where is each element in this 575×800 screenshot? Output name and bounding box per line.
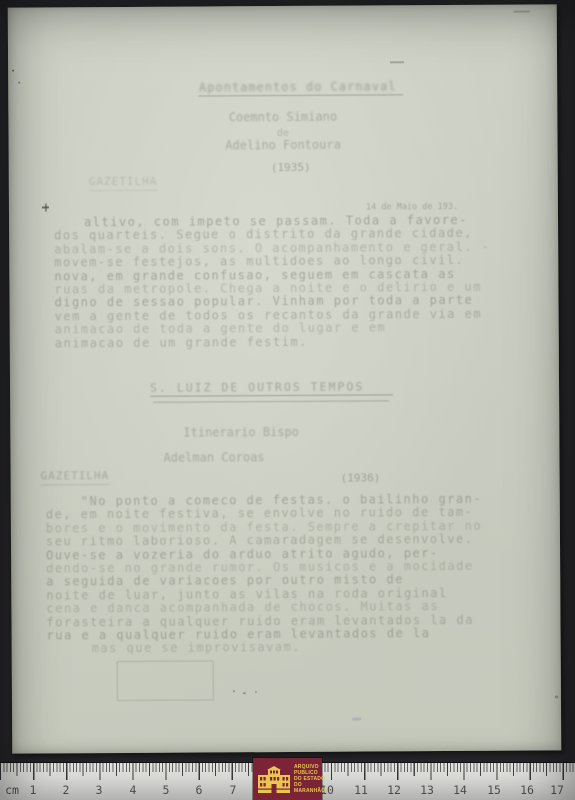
document-paper: Apontamentos do Carnaval Coemnto Simiano… <box>8 4 562 753</box>
typed-line: animacao de um grande festim. <box>55 334 491 350</box>
paper-speck <box>255 691 257 693</box>
ruler-number: 7 <box>223 783 243 797</box>
paper-speck <box>45 203 47 211</box>
section1-piece: Coemnto Simiano <box>8 108 557 125</box>
archive-logo-text: Arquivo Publico do Estado do Maranhão <box>294 764 325 794</box>
typed-line: ruas da metropole. Chega a noite e o del… <box>54 281 490 297</box>
section2-year: (1936) <box>341 471 381 484</box>
logo-text-line: do Maranhão <box>294 782 325 794</box>
section2-heading: GAZETILHA <box>41 469 110 485</box>
section1-heading: GAZETILHA <box>89 175 158 191</box>
section1-year: (1935) <box>9 159 558 175</box>
ruler-number: 6 <box>189 783 209 797</box>
ruler-number: 11 <box>351 783 371 797</box>
ruler-number: 12 <box>384 783 404 797</box>
section2-title-underline-2 <box>153 400 389 402</box>
typed-line: movem-se festejos, as multidoes ao longo… <box>54 254 490 270</box>
scanned-page: Apontamentos do Carnaval Coemnto Simiano… <box>0 0 575 800</box>
section2-piece: Itinerario Bispo <box>183 425 299 440</box>
section2-title-underline-1 <box>150 394 393 396</box>
ruler-number: 1 <box>23 783 43 797</box>
ruler-number: 16 <box>517 783 537 797</box>
paper-speck <box>243 692 246 694</box>
ruler-number: 15 <box>484 783 504 797</box>
section2-paragraph: "No ponto a comeco de festas. o bailinho… <box>46 493 483 656</box>
ruler-number: 17 <box>547 783 567 797</box>
section1-title-underline <box>198 94 403 96</box>
archive-logo: Arquivo Publico do Estado do Maranhão <box>253 758 322 800</box>
ruler-number: 2 <box>56 783 76 797</box>
section1-author: Adelino Fontoura <box>9 136 558 153</box>
paper-speck <box>18 82 20 84</box>
typed-line: dendo-se no grande rumor. Os musicos e a… <box>46 560 482 576</box>
ruler-unit-label: cm <box>2 783 22 797</box>
paper-speck <box>390 61 404 63</box>
archive-building-icon <box>258 766 290 793</box>
paper-speck <box>12 70 14 72</box>
paper-speck <box>514 10 530 12</box>
paper-speck <box>352 718 361 721</box>
paper-speck <box>233 690 235 692</box>
section1-date: 14 de Maio de 193. <box>366 202 458 213</box>
ruler-number: 14 <box>450 783 470 797</box>
section2-author: Adelman Coroas <box>163 450 264 465</box>
ruler-number: 5 <box>156 783 176 797</box>
typed-line: forasteira a qualquer ruido eram levanta… <box>46 613 482 629</box>
typed-line: mas que se improvisavam. <box>47 640 483 656</box>
typed-line: seu ritmo laborioso. A camaradagem se de… <box>46 533 482 549</box>
section1-title: Apontamentos do Carnaval <box>8 78 557 95</box>
section1-paragraph: altivo, com impeto se passam. Toda a fav… <box>54 214 491 351</box>
ruler-number: 4 <box>123 783 143 797</box>
paper-speck <box>555 695 558 698</box>
faint-stamp-outline <box>117 660 214 701</box>
ruler-number: 13 <box>417 783 437 797</box>
ruler-number: 3 <box>89 783 109 797</box>
section2-title: S. LUIZ DE OUTROS TEMPOS <box>150 380 364 395</box>
